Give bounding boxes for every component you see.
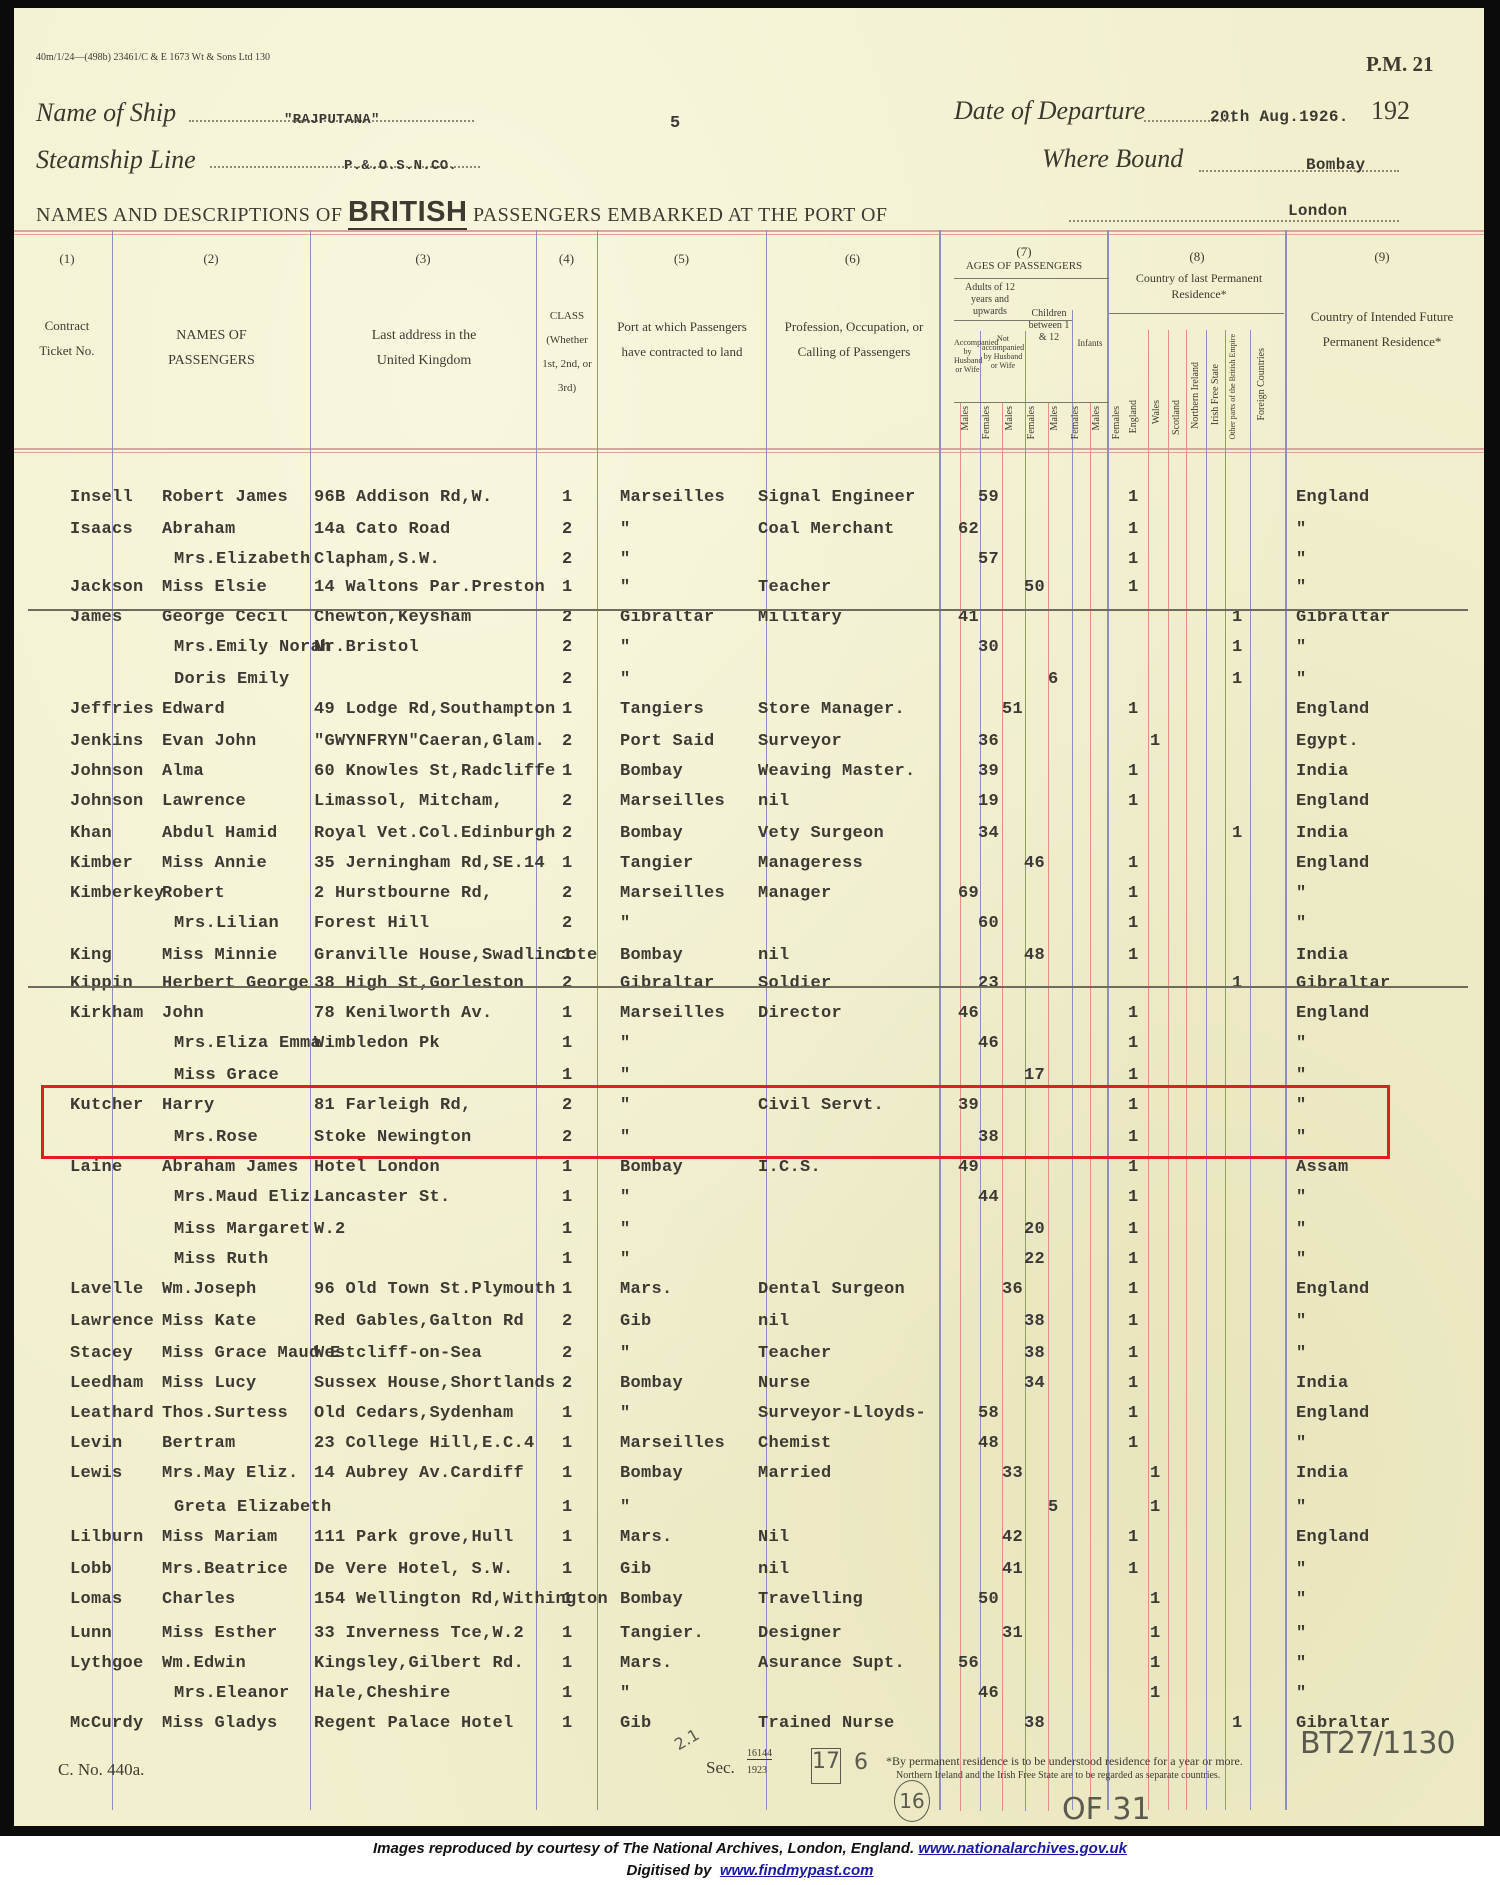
adults-header: Adults of 12 years and upwards (954, 282, 1026, 318)
passenger-port-of-landing: " (620, 520, 631, 539)
passenger-row: LomasCharles154 Wellington Rd,Withington… (14, 1590, 1484, 1616)
passenger-class: 1 (562, 1220, 573, 1239)
passenger-port-of-landing: Bombay (620, 1374, 683, 1393)
passenger-address: Regent Palace Hotel (314, 1714, 514, 1733)
passenger-occupation: Soldier (758, 974, 832, 993)
passenger-intended-residence: " (1296, 550, 1307, 569)
passenger-port-of-landing: Mars. (620, 1280, 673, 1299)
passenger-port-of-landing: Gibraltar (620, 974, 715, 993)
passenger-list-document: 40m/1/24—(498b) 23461/C & E 1673 Wt & So… (14, 8, 1484, 1826)
passenger-given-names: Miss Esther (162, 1624, 278, 1643)
col7-number: (7) (941, 244, 1107, 260)
passenger-class: 2 (562, 1344, 573, 1363)
passenger-address: 111 Park grove,Hull (314, 1528, 514, 1547)
header-bottom-rule (14, 448, 1484, 450)
handwritten-box-17: 17 (811, 1748, 841, 1784)
passenger-address: Clapham,S.W. (314, 550, 440, 569)
passenger-port-of-landing: " (620, 638, 631, 657)
national-archives-link[interactable]: www.nationalarchives.gov.uk (918, 1840, 1127, 1857)
age-sub-8: Females (1111, 406, 1122, 439)
passenger-intended-residence: India (1296, 1464, 1349, 1483)
passenger-row: LunnMiss Esther33 Inverness Tce,W.21Tang… (14, 1624, 1484, 1650)
title-british: BRITISH (348, 196, 468, 231)
passenger-occupation: Nurse (758, 1374, 811, 1393)
res-sub-wales: Wales (1151, 400, 1162, 424)
passenger-age: 46 (978, 1034, 999, 1053)
residence-mark: 1 (1128, 854, 1139, 873)
passenger-address: Nr.Bristol (314, 638, 419, 657)
accompanied-header: Accompanied by Husband or Wife (954, 338, 981, 374)
passenger-age: 36 (1002, 1280, 1023, 1299)
passenger-occupation: Nil (758, 1528, 790, 1547)
passenger-class: 2 (562, 884, 573, 903)
col6-header: Profession, Occupation, or Calling of Pa… (779, 314, 929, 364)
passenger-given-names: Miss Grace (174, 1066, 279, 1085)
passenger-address: Chewton,Keysham (314, 608, 472, 627)
passenger-given-names: Bertram (162, 1434, 236, 1453)
passenger-row: Mrs.LilianForest Hill2""601 (14, 914, 1484, 940)
passenger-age: 34 (978, 824, 999, 843)
passenger-port-of-landing: Tangiers (620, 700, 704, 719)
ages-sub-underline (954, 402, 1109, 403)
passenger-port-of-landing: " (620, 1188, 631, 1207)
res-sub-irish-free-state: Irish Free State (1210, 364, 1221, 425)
passenger-age: 46 (1024, 854, 1045, 873)
passenger-age: 41 (958, 608, 979, 627)
passenger-port-of-landing: " (620, 578, 631, 597)
passenger-address: 96B Addison Rd,W. (314, 488, 493, 507)
passenger-row: LawrenceMiss KateRed Gables,Galton Rd2Gi… (14, 1312, 1484, 1338)
passenger-intended-residence: " (1296, 1560, 1307, 1579)
passenger-given-names: Abraham James (162, 1158, 299, 1177)
passenger-age: 58 (978, 1404, 999, 1423)
credit-text-1: Images reproduced by courtesy of The Nat… (373, 1840, 914, 1857)
passenger-class: 1 (562, 1188, 573, 1207)
passenger-intended-residence: " (1296, 520, 1307, 539)
passenger-port-of-landing: Gibraltar (620, 608, 715, 627)
passenger-given-names: Miss Kate (162, 1312, 257, 1331)
infants-header: Infants (1072, 338, 1108, 348)
passenger-port-of-landing: Bombay (620, 762, 683, 781)
passenger-row: McCurdyMiss GladysRegent Palace Hotel1Gi… (14, 1714, 1484, 1740)
residence-mark: 1 (1128, 914, 1139, 933)
passenger-age: 38 (1024, 1312, 1045, 1331)
strike-line-kippin (28, 986, 1468, 988)
passenger-intended-residence: " (1296, 1498, 1307, 1517)
passenger-port-of-landing: Marseilles (620, 792, 725, 811)
age-sub-6: Females (1070, 406, 1081, 439)
passenger-given-names: Miss Elsie (162, 578, 267, 597)
residence-mark: 1 (1128, 946, 1139, 965)
passenger-surname: Lobb (70, 1560, 112, 1579)
passenger-given-names: Mrs.Eleanor (174, 1684, 290, 1703)
passenger-class: 1 (562, 1280, 573, 1299)
footnote-2: Northern Ireland and the Irish Free Stat… (896, 1770, 1220, 1781)
passenger-class: 1 (562, 1034, 573, 1053)
passenger-given-names: Robert James (162, 488, 288, 507)
credit-line-2: Digitised by www.findmypast.com (0, 1860, 1500, 1882)
passenger-port-of-landing: " (620, 1344, 631, 1363)
passenger-row: StaceyMiss Grace Maud EWestcliff-on-Sea2… (14, 1344, 1484, 1370)
passenger-intended-residence: England (1296, 1528, 1370, 1547)
passenger-row: JohnsonLawrenceLimassol, Mitcham,2Marsei… (14, 792, 1484, 818)
residence-mark: 1 (1232, 824, 1243, 843)
passenger-given-names: Greta Elizabeth (174, 1498, 332, 1517)
passenger-class: 1 (562, 1464, 573, 1483)
passenger-address: 2 Hurstbourne Rd, (314, 884, 493, 903)
passenger-port-of-landing: Bombay (620, 824, 683, 843)
passenger-given-names: Mrs.Lilian (174, 914, 279, 933)
residence-mark: 1 (1128, 1158, 1139, 1177)
passenger-row: LaineAbraham JamesHotel London1BombayI.C… (14, 1158, 1484, 1184)
passenger-address: Royal Vet.Col.Edinburgh (314, 824, 556, 843)
passenger-age: 36 (978, 732, 999, 751)
residence-mark: 1 (1150, 1654, 1161, 1673)
passenger-occupation: Asurance Supt. (758, 1654, 905, 1673)
passenger-address: Forest Hill (314, 914, 430, 933)
residence-mark: 1 (1128, 1404, 1139, 1423)
passenger-intended-residence: England (1296, 700, 1370, 719)
passenger-intended-residence: " (1296, 670, 1307, 689)
residence-mark: 1 (1128, 792, 1139, 811)
age-sub-4: Females (1026, 406, 1037, 439)
passenger-class: 2 (562, 974, 573, 993)
passenger-intended-residence: England (1296, 1004, 1370, 1023)
passenger-surname: Isaacs (70, 520, 133, 539)
where-bound-value: Bombay (1306, 156, 1365, 174)
passenger-given-names: Wm.Joseph (162, 1280, 257, 1299)
passenger-intended-residence: England (1296, 1404, 1370, 1423)
passenger-given-names: Thos.Surtess (162, 1404, 288, 1423)
passenger-class: 1 (562, 1498, 573, 1517)
passenger-age: 49 (958, 1158, 979, 1177)
passenger-intended-residence: England (1296, 1280, 1370, 1299)
passenger-class: 2 (562, 1312, 573, 1331)
passenger-age: 42 (1002, 1528, 1023, 1547)
port-dotted-line (1069, 220, 1399, 222)
header-top-rule (14, 230, 1484, 232)
residence-mark: 1 (1128, 762, 1139, 781)
passenger-address: Kingsley,Gilbert Rd. (314, 1654, 524, 1673)
passenger-address: 14a Cato Road (314, 520, 451, 539)
passenger-class: 1 (562, 1624, 573, 1643)
passenger-surname: McCurdy (70, 1714, 144, 1733)
passenger-intended-residence: England (1296, 488, 1370, 507)
passenger-row: IsaacsAbraham14a Cato Road2"Coal Merchan… (14, 520, 1484, 546)
passenger-row: InsellRobert James96B Addison Rd,W.1Mars… (14, 488, 1484, 514)
archive-credit: Images reproduced by courtesy of The Nat… (0, 1838, 1500, 1882)
residence-mark: 1 (1128, 578, 1139, 597)
passenger-row: Greta Elizabeth1""51 (14, 1498, 1484, 1524)
residence-mark: 1 (1128, 1344, 1139, 1363)
residence-mark: 1 (1128, 488, 1139, 507)
passenger-surname: Stacey (70, 1344, 133, 1363)
departure-date-value: 20th Aug.1926. (1210, 108, 1349, 126)
col3-header: Last address in the United Kingdom (354, 323, 494, 373)
passenger-address: Old Cedars,Sydenham (314, 1404, 514, 1423)
passenger-port-of-landing: " (620, 550, 631, 569)
footnote-1: *By permanent residence is to be underst… (886, 1754, 1243, 1769)
passenger-row: Miss MargaretW.21""201 (14, 1220, 1484, 1246)
passenger-surname: Lunn (70, 1624, 112, 1643)
col5-number: (5) (597, 246, 766, 271)
residence-mark: 1 (1150, 1684, 1161, 1703)
passenger-row: KimberMiss Annie35 Jerningham Rd,SE.141T… (14, 854, 1484, 880)
passenger-intended-residence: " (1296, 1624, 1307, 1643)
passenger-address: 23 College Hill,E.C.4 (314, 1434, 535, 1453)
passenger-occupation: Teacher (758, 578, 832, 597)
passenger-class: 1 (562, 1528, 573, 1547)
passenger-address: 49 Lodge Rd,Southampton (314, 700, 556, 719)
passenger-class: 2 (562, 824, 573, 843)
passenger-class: 2 (562, 792, 573, 811)
col8-header: Country of last Permanent Residence* (1119, 270, 1279, 302)
passenger-port-of-landing: Bombay (620, 1590, 683, 1609)
passenger-occupation: nil (758, 792, 790, 811)
passenger-given-names: Edward (162, 700, 225, 719)
passenger-intended-residence: India (1296, 946, 1349, 965)
passenger-address: 33 Inverness Tce,W.2 (314, 1624, 524, 1643)
passenger-class: 1 (562, 762, 573, 781)
age-sub-1: Males (960, 406, 971, 430)
passenger-age: 50 (978, 1590, 999, 1609)
header-bottom-rule-2 (14, 452, 1484, 453)
passenger-intended-residence: " (1296, 1034, 1307, 1053)
passenger-age: 44 (978, 1188, 999, 1207)
passenger-port-of-landing: " (620, 1034, 631, 1053)
passenger-address: Granville House,Swadlincote (314, 946, 598, 965)
passenger-row: LewisMrs.May Eliz.14 Aubrey Av.Cardiff1B… (14, 1464, 1484, 1490)
passenger-row: LobbMrs.BeatriceDe Vere Hotel, S.W.1Gibn… (14, 1560, 1484, 1586)
passenger-age: 69 (958, 884, 979, 903)
passenger-surname: Jenkins (70, 732, 144, 751)
passenger-port-of-landing: Gib (620, 1560, 652, 1579)
passenger-row: KhanAbdul HamidRoyal Vet.Col.Edinburgh2B… (14, 824, 1484, 850)
passenger-age: 30 (978, 638, 999, 657)
port-value: London (1288, 202, 1347, 220)
passenger-surname: Leedham (70, 1374, 144, 1393)
col8-number: (8) (1109, 244, 1285, 269)
passenger-address: Hale,Cheshire (314, 1684, 451, 1703)
passenger-surname: Jackson (70, 578, 144, 597)
passenger-occupation: Vety Surgeon (758, 824, 884, 843)
passenger-port-of-landing: Marseilles (620, 1004, 725, 1023)
passenger-occupation: nil (758, 1312, 790, 1331)
passenger-surname: Jeffries (70, 700, 154, 719)
steamship-line-value: P.&.O.S.N.CO. (344, 158, 457, 174)
residence-mark: 1 (1128, 1034, 1139, 1053)
passenger-row: LavelleWm.Joseph96 Old Town St.Plymouth1… (14, 1280, 1484, 1306)
passenger-row: KimberkeyRobert2 Hurstbourne Rd,2Marseil… (14, 884, 1484, 910)
passenger-port-of-landing: Marseilles (620, 488, 725, 507)
age-sub-7: Males (1091, 406, 1102, 430)
passenger-given-names: John (162, 1004, 204, 1023)
passenger-occupation: Manageress (758, 854, 863, 873)
passenger-surname: Lewis (70, 1464, 123, 1483)
handwritten-mark-6: 6 (854, 1750, 868, 1775)
col3-number: (3) (310, 246, 536, 271)
passenger-address: "GWYNFRYN"Caeran,Glam. (314, 732, 545, 751)
passenger-age: 23 (978, 974, 999, 993)
passenger-port-of-landing: " (620, 1066, 631, 1085)
passenger-age: 5 (1048, 1498, 1059, 1517)
passenger-class: 1 (562, 1654, 573, 1673)
passenger-occupation: Dental Surgeon (758, 1280, 905, 1299)
passenger-given-names: Miss Margaret (174, 1220, 311, 1239)
passenger-intended-residence: Gibraltar (1296, 608, 1391, 627)
residence-mark: 1 (1150, 1464, 1161, 1483)
highlight-box-kutcher (41, 1085, 1390, 1159)
passenger-address: W.2 (314, 1220, 346, 1239)
residence-mark: 1 (1150, 1624, 1161, 1643)
passenger-age: 59 (978, 488, 999, 507)
passenger-class: 2 (562, 608, 573, 627)
passenger-class: 1 (562, 1404, 573, 1423)
passenger-row: JohnsonAlma60 Knowles St,Radcliffe1Bomba… (14, 762, 1484, 788)
res-sub-england: England (1128, 400, 1139, 433)
passenger-surname: Levin (70, 1434, 123, 1453)
passenger-class: 2 (562, 1374, 573, 1393)
residence-mark: 1 (1128, 1528, 1139, 1547)
passenger-intended-residence: " (1296, 578, 1307, 597)
passenger-occupation: Designer (758, 1624, 842, 1643)
form-number: C. No. 440a. (58, 1760, 144, 1780)
passenger-given-names: Mrs.Emily Norah (174, 638, 332, 657)
passenger-class: 2 (562, 670, 573, 689)
passenger-row: Mrs.Emily NorahNr.Bristol2""301 (14, 638, 1484, 664)
passenger-port-of-landing: Marseilles (620, 884, 725, 903)
passenger-port-of-landing: " (620, 1220, 631, 1239)
passenger-occupation: Coal Merchant (758, 520, 895, 539)
passenger-surname: Lythgoe (70, 1654, 144, 1673)
strike-line-james (28, 609, 1468, 611)
findmypast-link[interactable]: www.findmypast.com (720, 1862, 874, 1879)
passenger-address: Limassol, Mitcham, (314, 792, 503, 811)
passenger-row: Mrs.Eliza EmmaWimbledon Pk1""461 (14, 1034, 1484, 1060)
where-bound-label: Where Bound (1042, 144, 1183, 174)
passenger-class: 1 (562, 700, 573, 719)
passenger-intended-residence: " (1296, 1684, 1307, 1703)
passenger-occupation: nil (758, 1560, 790, 1579)
passenger-occupation: Signal Engineer (758, 488, 916, 507)
passenger-age: 33 (1002, 1464, 1023, 1483)
passenger-class: 1 (562, 1590, 573, 1609)
passenger-address: 38 High St,Gorleston (314, 974, 524, 993)
passenger-address: Westcliff-on-Sea (314, 1344, 482, 1363)
passenger-age: 50 (1024, 578, 1045, 597)
handwritten-circle-16: 16 (894, 1780, 930, 1822)
passenger-row: Mrs.ElizabethClapham,S.W.2""571 (14, 550, 1484, 576)
passenger-given-names: Robert (162, 884, 225, 903)
passenger-surname: Insell (70, 488, 133, 507)
passenger-address: Red Gables,Galton Rd (314, 1312, 524, 1331)
passenger-surname: Laine (70, 1158, 123, 1177)
passenger-intended-residence: Gibraltar (1296, 974, 1391, 993)
passenger-given-names: Miss Gladys (162, 1714, 278, 1733)
passenger-row: LeedhamMiss LucySussex House,Shortlands2… (14, 1374, 1484, 1400)
passenger-port-of-landing: Tangier (620, 854, 694, 873)
residence-mark: 1 (1128, 1188, 1139, 1207)
residence-mark: 1 (1128, 1434, 1139, 1453)
passenger-address: 96 Old Town St.Plymouth (314, 1280, 556, 1299)
residence-mark: 1 (1128, 1004, 1139, 1023)
passenger-class: 1 (562, 1004, 573, 1023)
page-number: 5 (670, 114, 681, 133)
ship-name-value: "RAJPUTANA" (284, 112, 380, 128)
passenger-port-of-landing: " (620, 1250, 631, 1269)
residence-mark: 1 (1128, 1560, 1139, 1579)
passenger-address: 35 Jerningham Rd,SE.14 (314, 854, 545, 873)
age-sub-5: Males (1049, 406, 1060, 430)
residence-mark: 1 (1128, 884, 1139, 903)
passenger-given-names: Charles (162, 1590, 236, 1609)
header-top-rule-2 (14, 234, 1484, 235)
residence-mark: 1 (1232, 608, 1243, 627)
col4-number: (4) (536, 246, 597, 271)
passenger-age: 41 (1002, 1560, 1023, 1579)
residence-mark: 1 (1128, 1220, 1139, 1239)
where-bound-dotted-line (1199, 170, 1399, 172)
passenger-given-names: Wm.Edwin (162, 1654, 246, 1673)
passenger-intended-residence: " (1296, 1654, 1307, 1673)
residence-mark: 1 (1232, 638, 1243, 657)
passenger-given-names: Doris Emily (174, 670, 290, 689)
age-sub-2: Females (981, 406, 992, 439)
passenger-class: 1 (562, 1714, 573, 1733)
col2-header: NAMES OF PASSENGERS (154, 323, 269, 373)
steamship-line-label: Steamship Line (36, 145, 196, 175)
passenger-class: 2 (562, 914, 573, 933)
credit-line-1: Images reproduced by courtesy of The Nat… (0, 1838, 1500, 1860)
departure-year-prefix: 192 (1371, 96, 1410, 126)
passenger-port-of-landing: Port Said (620, 732, 715, 751)
col1-header: Contract Ticket No. (34, 313, 100, 363)
passenger-row: JeffriesEdward49 Lodge Rd,Southampton1Ta… (14, 700, 1484, 726)
passenger-age: 57 (978, 550, 999, 569)
passenger-row: JacksonMiss Elsie14 Waltons Par.Preston1… (14, 578, 1484, 604)
passenger-occupation: Weaving Master. (758, 762, 916, 781)
passenger-age: 60 (978, 914, 999, 933)
passenger-row: KirkhamJohn78 Kenilworth Av.1MarseillesD… (14, 1004, 1484, 1030)
passenger-port-of-landing: Mars. (620, 1528, 673, 1547)
passenger-class: 1 (562, 1560, 573, 1579)
col7-header: AGES OF PASSENGERS (941, 260, 1107, 272)
passenger-class: 1 (562, 1684, 573, 1703)
passenger-age: 6 (1048, 670, 1059, 689)
sec-numerator: 16144 (747, 1748, 772, 1760)
passenger-surname: Johnson (70, 762, 144, 781)
passenger-given-names: Lawrence (162, 792, 246, 811)
passenger-port-of-landing: " (620, 1404, 631, 1423)
residence-mark: 1 (1128, 520, 1139, 539)
passenger-given-names: Mrs.May Eliz. (162, 1464, 299, 1483)
passenger-given-names: Mrs.Eliza Emma (174, 1034, 321, 1053)
title-prefix: NAMES AND DESCRIPTIONS OF (36, 204, 342, 226)
col4-header: CLASS (Whether 1st, 2nd, or 3rd) (538, 304, 596, 400)
passenger-intended-residence: " (1296, 1066, 1307, 1085)
residence-mark: 1 (1128, 550, 1139, 569)
passenger-occupation: Manager (758, 884, 832, 903)
passenger-class: 1 (562, 1158, 573, 1177)
passenger-occupation: Surveyor (758, 732, 842, 751)
res-sub-other-british-empire: Other parts of the British Empire (1228, 334, 1250, 440)
passenger-intended-residence: India (1296, 762, 1349, 781)
residence-mark: 1 (1128, 1280, 1139, 1299)
passenger-port-of-landing: Gib (620, 1312, 652, 1331)
passenger-age: 46 (978, 1684, 999, 1703)
passenger-surname: Lawrence (70, 1312, 154, 1331)
passenger-row: KingMiss MinnieGranville House,Swadlinco… (14, 946, 1484, 972)
